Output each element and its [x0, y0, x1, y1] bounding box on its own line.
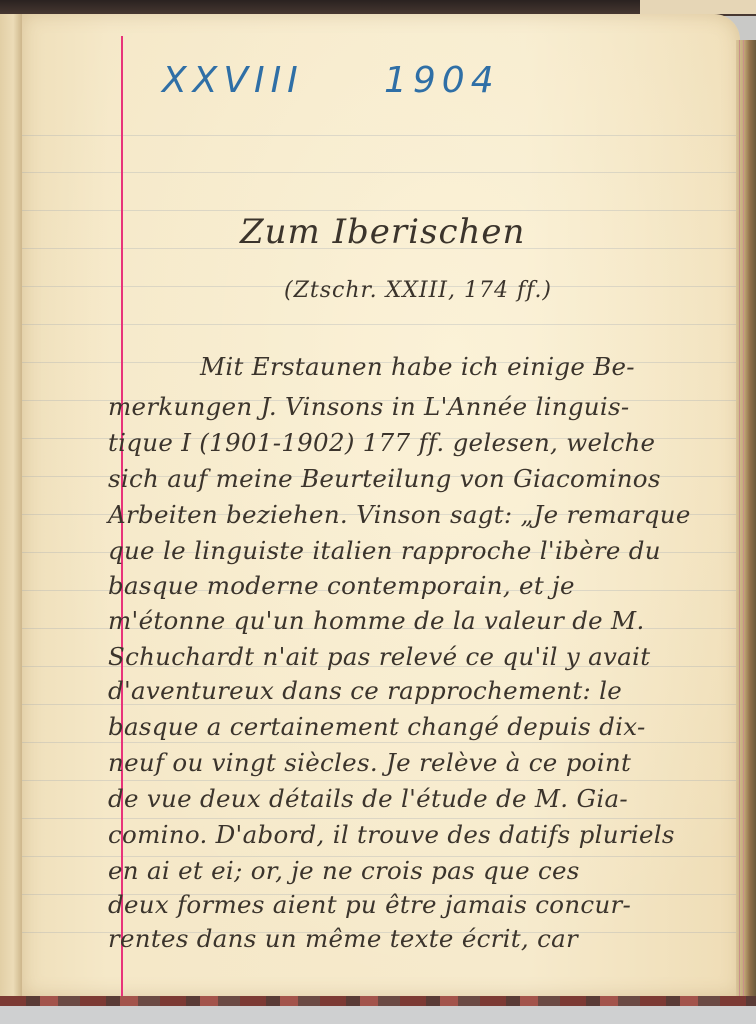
body-line: deux formes aient pu être jamais concur- [108, 890, 631, 919]
page-title: Zum Iberischen [240, 212, 525, 252]
body-line: de vue deux détails de l'étude de M. Gia… [108, 784, 628, 813]
body-line: tique I (1901-1902) 177 ff. gelesen, wel… [108, 428, 655, 457]
page-edge-line [739, 40, 740, 1000]
volume-numeral: XXVIII [162, 60, 304, 101]
body-line: comino. D'abord, il trouve des datifs pl… [108, 820, 675, 849]
body-line: Schuchardt n'ait pas relevé ce qu'il y a… [108, 642, 650, 671]
page-subtitle: (Ztschr. XXIII, 174 ff.) [284, 278, 552, 303]
body-line: basque moderne contemporain, et je [108, 571, 575, 600]
facing-page-edge [0, 14, 23, 1004]
body-line: m'étonne qu'un homme de la valeur de M. [108, 606, 645, 635]
body-line: rentes dans un même texte écrit, car [108, 924, 578, 953]
body-line: Mit Erstaunen habe ich einige Be- [200, 352, 635, 381]
body-line: merkungen J. Vinsons in L'Année linguis- [108, 392, 629, 421]
year: 1904 [384, 60, 500, 101]
scan-background [0, 1006, 756, 1024]
page-edge-line [743, 40, 744, 1000]
page-stack-edge [736, 40, 756, 1000]
body-line: que le linguiste italien rapproche l'ibè… [108, 536, 661, 565]
ruled-line [22, 780, 740, 781]
ruled-line [22, 324, 740, 325]
body-line: en ai et ei; or, je ne crois pas que ces [108, 856, 580, 885]
body-line: neuf ou vingt siècles. Je relève à ce po… [108, 748, 631, 777]
body-line: sich auf meine Beurteilung von Giacomino… [108, 464, 661, 493]
ruled-line [22, 172, 740, 173]
ruled-line [22, 818, 740, 819]
body-line: d'aventureux dans ce rapprochement: le [108, 676, 622, 705]
ruled-line [22, 210, 740, 211]
ruled-line [22, 742, 740, 743]
book-top-edge-light [640, 0, 756, 14]
book-cover-edge [0, 996, 756, 1006]
body-line: basque a certainement changé depuis dix- [108, 712, 646, 741]
ruled-line [22, 135, 740, 136]
body-line: Arbeiten beziehen. Vinson sagt: „Je rema… [108, 500, 691, 529]
